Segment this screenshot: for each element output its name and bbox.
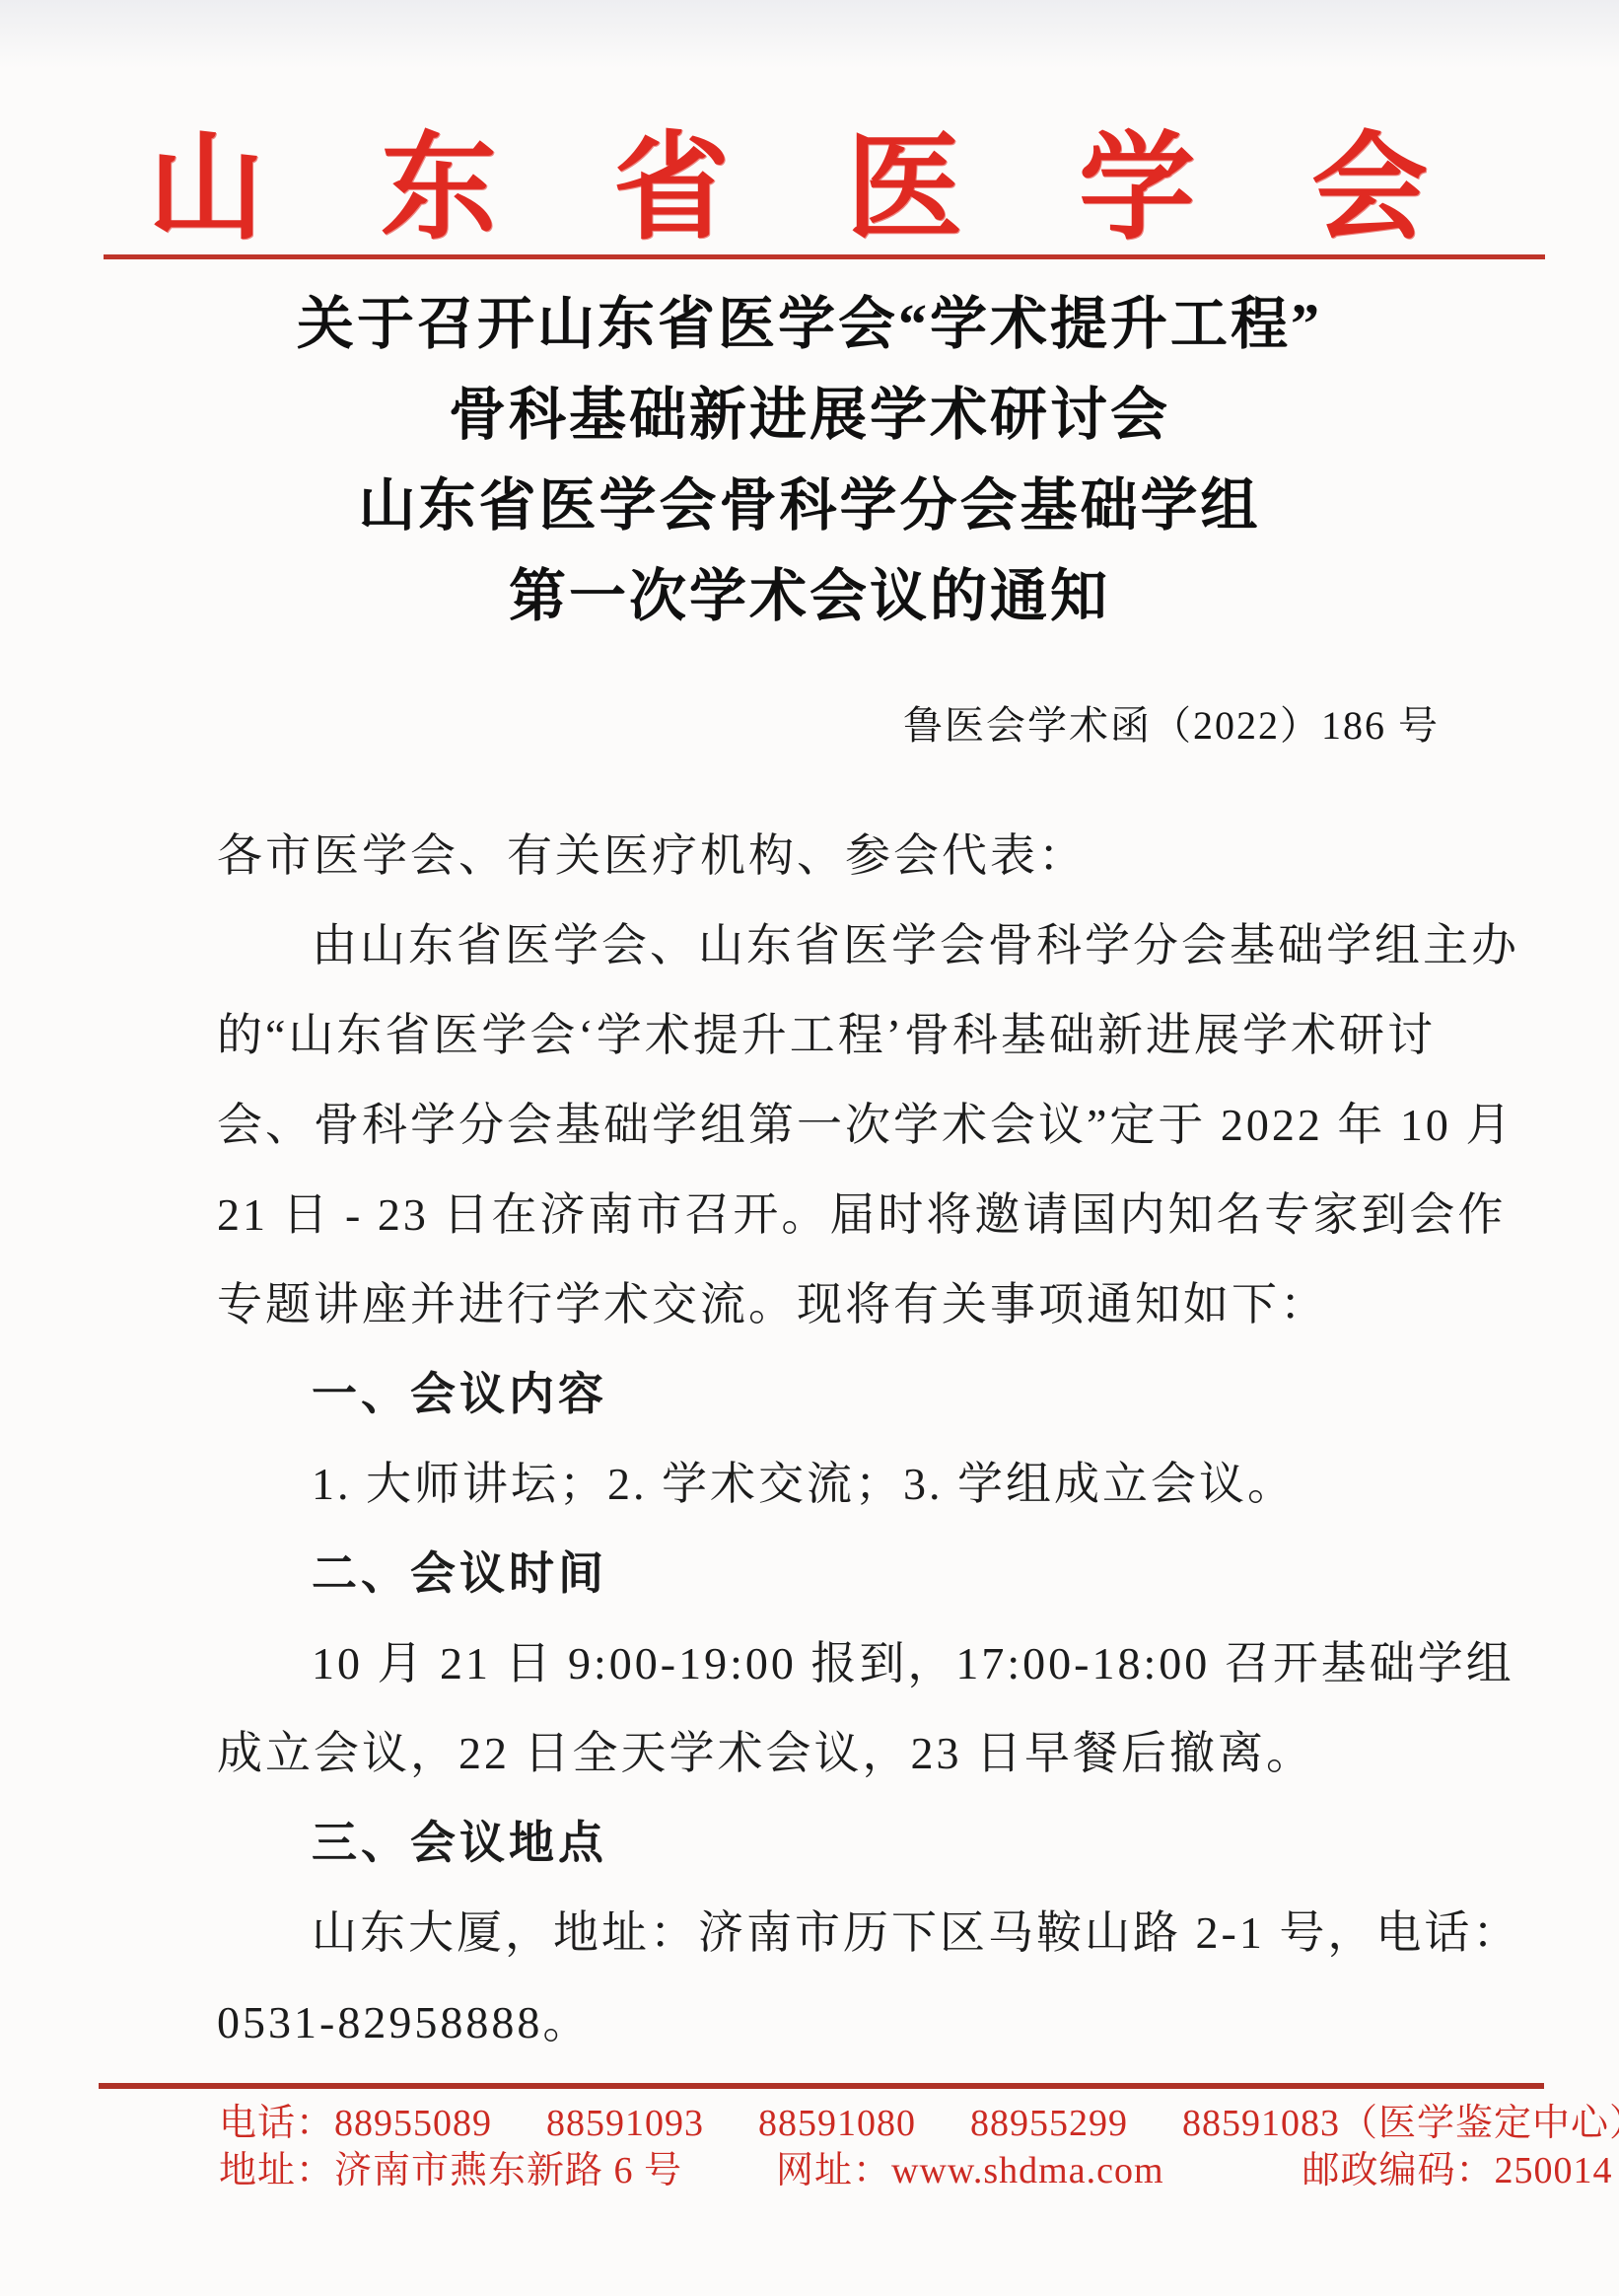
document-page: 山东省医学会 关于召开山东省医学会“学术提升工程” 骨科基础新进展学术研讨会 山… [0,0,1619,2296]
section-heading-3: 三、会议地点 [217,1798,1479,1888]
footer-website: 网址：www.shdma.com [776,2148,1164,2193]
section-heading-2: 二、会议时间 [217,1529,1479,1618]
body-line: 1. 大师讲坛；2. 学术交流；3. 学组成立会议。 [217,1439,1479,1529]
body-line: 专题讲座并进行学术交流。现将有关事项通知如下： [217,1259,1479,1349]
notice-title: 关于召开山东省医学会“学术提升工程” 骨科基础新进展学术研讨会 山东省医学会骨科… [0,279,1619,642]
footer-rule [99,2083,1544,2089]
body-line: 会、骨科学分会基础学组第一次学术会议”定于 2022 年 10 月 [217,1080,1479,1170]
body-line: 的“山东省医学会‘学术提升工程’骨科基础新进展学术研讨 [217,990,1479,1080]
scan-noise-band [0,0,1619,69]
title-line-4: 第一次学术会议的通知 [0,551,1619,642]
letterhead-org-name: 山东省医学会 [148,128,1544,251]
header-rule [104,254,1545,259]
title-line-2: 骨科基础新进展学术研讨会 [0,370,1619,461]
section-heading-1: 一、会议内容 [217,1349,1479,1439]
document-reference-number: 鲁医会学术函（2022）186 号 [903,702,1440,750]
body-line: 0531-82958888。 [217,1977,1479,2067]
footer-phone-4: 88955299 [970,2101,1128,2146]
title-line-3: 山东省医学会骨科学分会基础学组 [0,461,1619,551]
footer-phone-label: 电话： [219,2101,334,2146]
footer-phone-1: 88955089 [334,2101,492,2146]
footer-phone-3: 88591080 [758,2101,916,2146]
body-line: 成立会议，22 日全天学术会议，23 日早餐后撤离。 [217,1708,1479,1798]
salutation-line: 各市医学会、有关医疗机构、参会代表： [217,811,1479,900]
body-line: 21 日 - 23 日在济南市召开。届时将邀请国内知名专家到会作 [217,1170,1479,1259]
footer-address: 地址：济南市燕东新路 6 号 [219,2148,682,2193]
footer-postal-code: 邮政编码：250014 [1302,2148,1613,2193]
body-line: 10 月 21 日 9:00-19:00 报到，17:00-18:00 召开基础… [217,1618,1479,1708]
footer-phone-line: 电话：8895508988591093885910808895529988591… [219,2101,1619,2146]
footer-phone-5: 88591083（医学鉴定中心） [1182,2101,1619,2146]
notice-body: 各市医学会、有关医疗机构、参会代表： 由山东省医学会、山东省医学会骨科学分会基础… [217,811,1479,2067]
body-line: 山东大厦，地址：济南市历下区马鞍山路 2-1 号，电话： [217,1888,1479,1977]
footer-phone-2: 88591093 [546,2101,704,2146]
footer-address-line: 地址：济南市燕东新路 6 号网址：www.shdma.com邮政编码：25001… [219,2148,1613,2193]
body-line: 由山东省医学会、山东省医学会骨科学分会基础学组主办 [217,900,1479,990]
title-line-1: 关于召开山东省医学会“学术提升工程” [0,279,1619,370]
